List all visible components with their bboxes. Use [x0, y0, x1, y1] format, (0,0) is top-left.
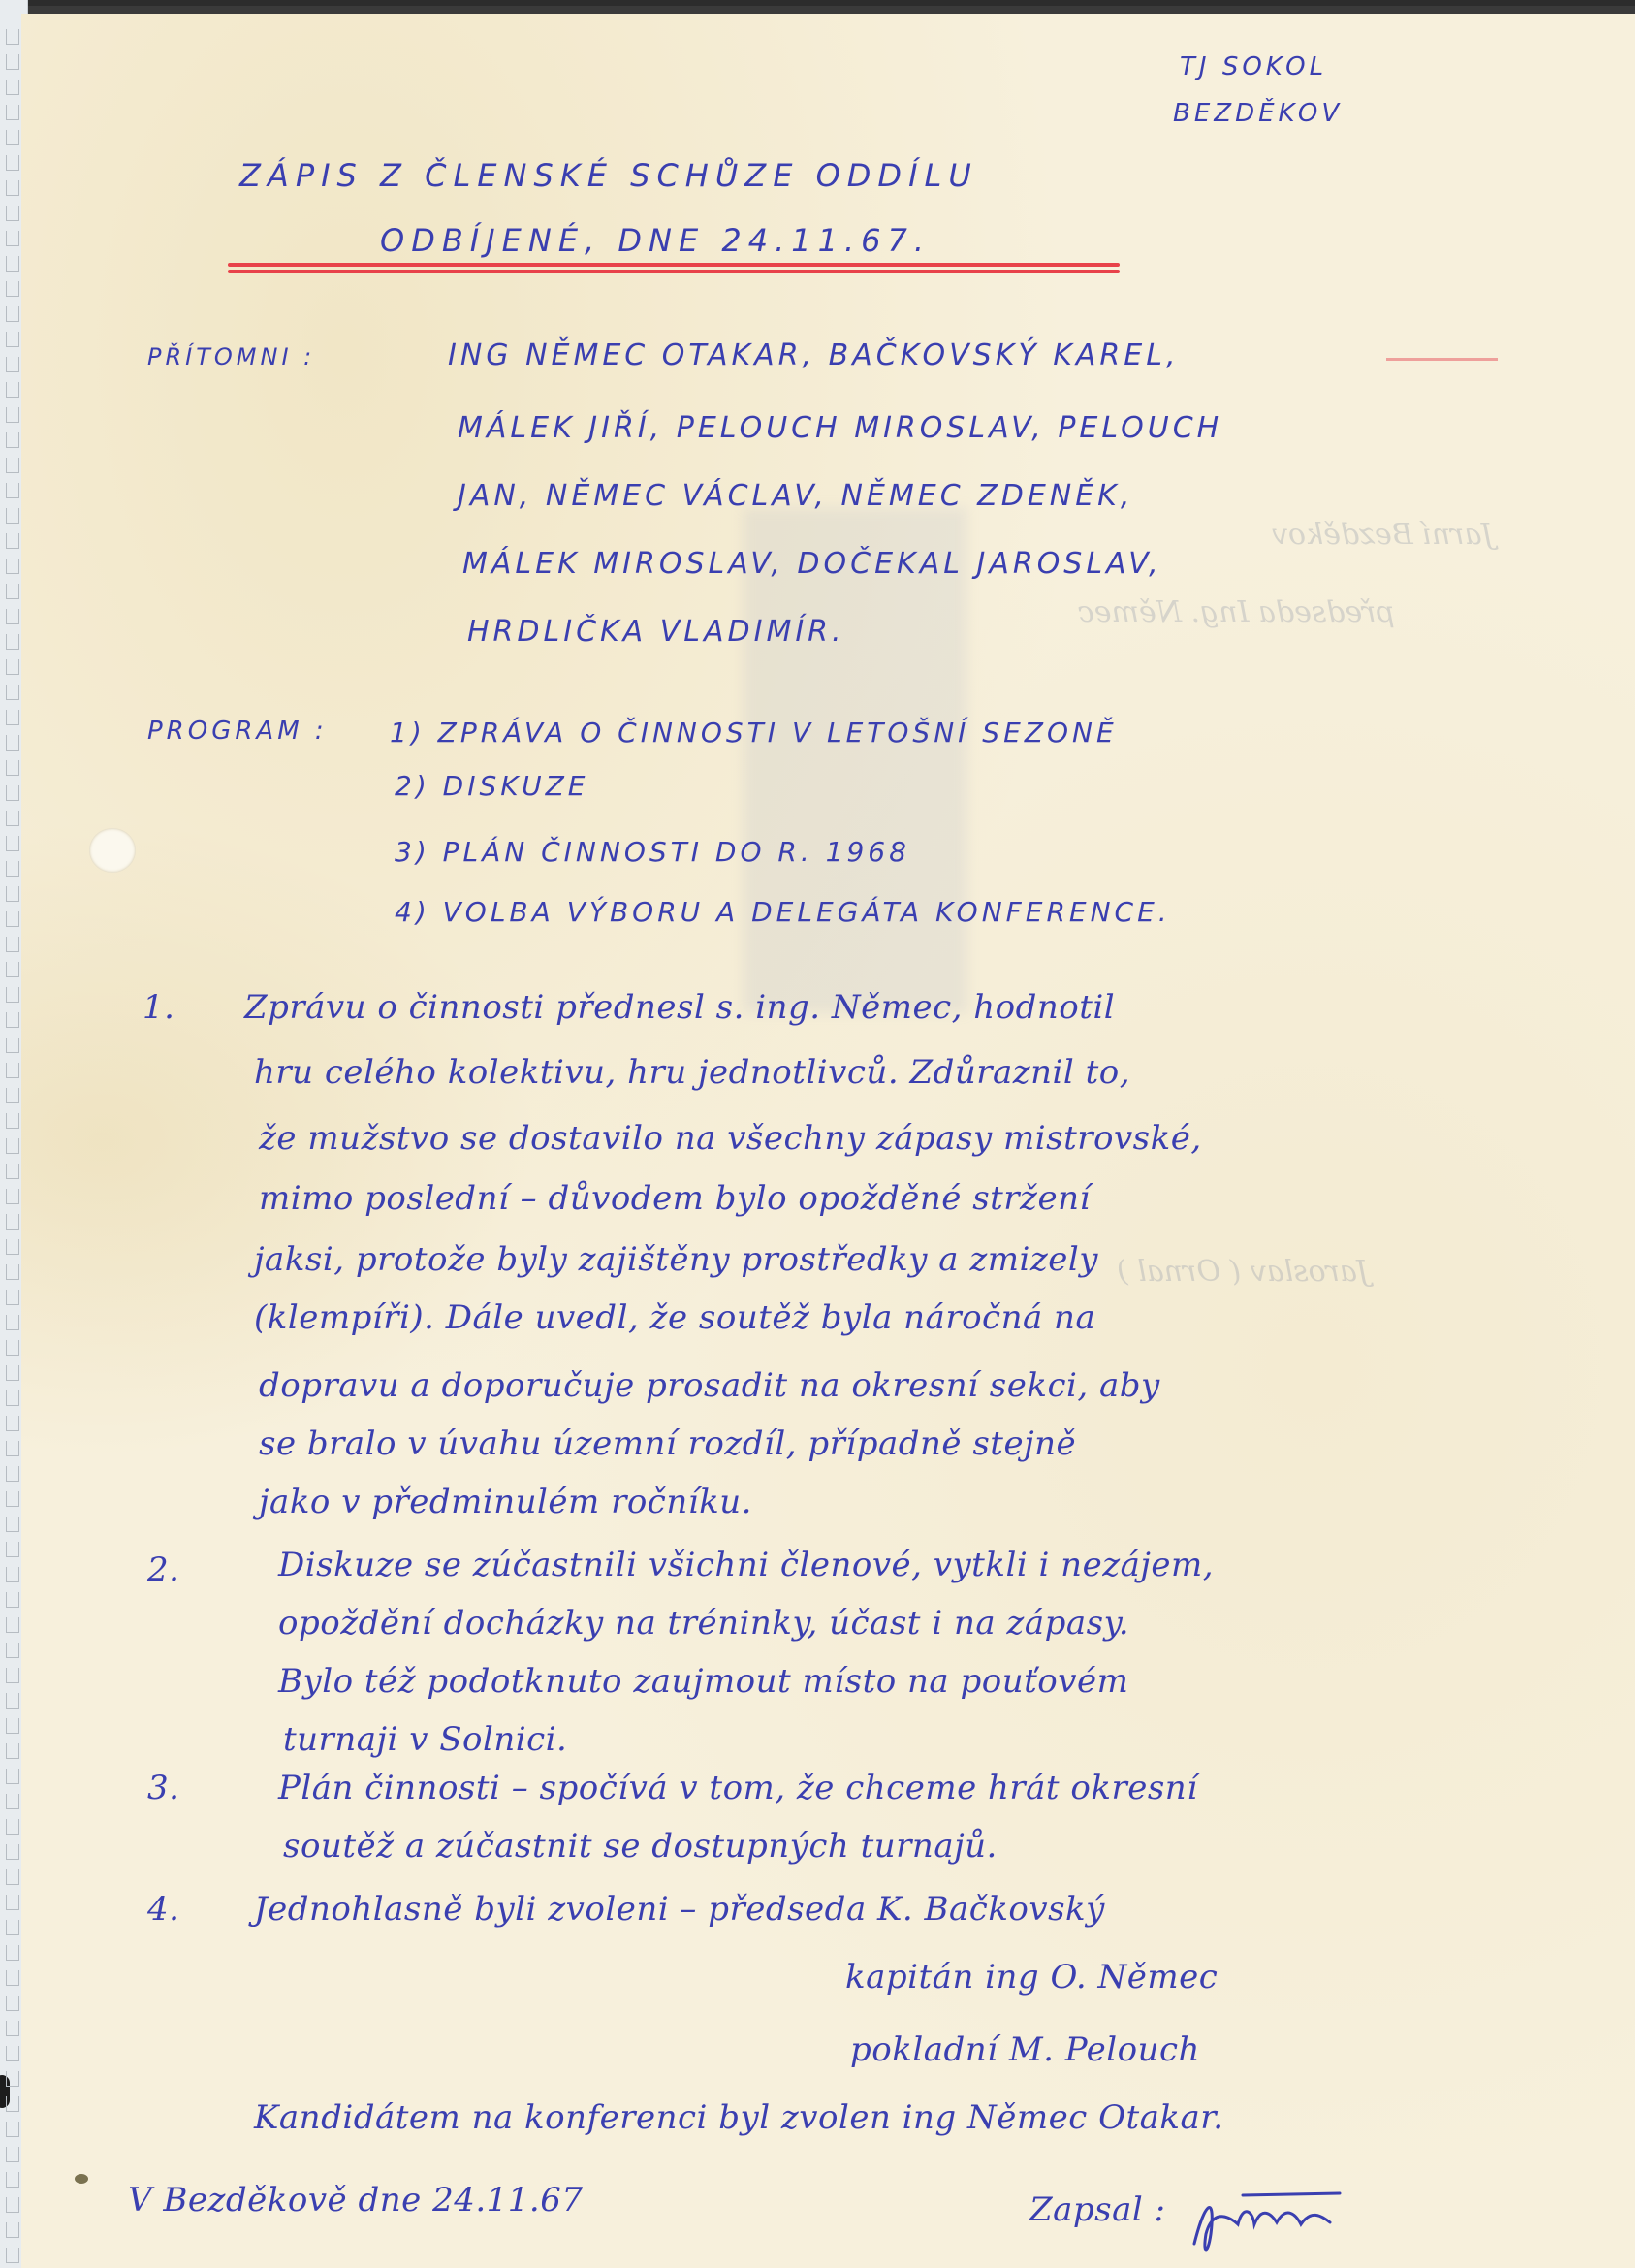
binder-tick [6, 29, 19, 45]
binder-tick [6, 1743, 19, 1759]
paper-stain [75, 2174, 88, 2184]
binder-tick [6, 2248, 19, 2263]
present-line: Jan, Němec Václav, Němec Zdeněk, [458, 479, 1133, 513]
binder-tick [6, 609, 19, 624]
section-number: 3. [147, 1769, 179, 1807]
binder-tick [6, 659, 19, 675]
binder-tick [6, 735, 19, 751]
binder-tick [6, 281, 19, 297]
binder-tick [6, 811, 19, 826]
binder-tick [6, 180, 19, 196]
binder-tick [6, 332, 19, 347]
binder-tick [6, 1390, 19, 1406]
place-date: V Bezděkově dne 24.11.67 [128, 2181, 583, 2220]
binder-tick [6, 1138, 19, 1154]
section-line: mimo poslední – důvodem bylo opožděné st… [259, 1179, 1091, 1218]
binder-tick [6, 2172, 19, 2188]
binder-tick [6, 1819, 19, 1835]
binder-tick [6, 1063, 19, 1078]
binder-tick [6, 306, 19, 322]
binder-tick [6, 861, 19, 877]
recorder-label: Zapsal : [1029, 2190, 1166, 2229]
bleed-through-text: Jarní Bezděkov [1272, 518, 1493, 552]
paper-sheet: Jarní Bezděkov předseda Ing. Němec Jaros… [21, 14, 1635, 2268]
binder-tick [6, 2197, 19, 2213]
binder-tick [6, 2021, 19, 2036]
binder-tick [6, 1996, 19, 2011]
section-line: se bralo v úvahu územní rozdíl, případně… [259, 1424, 1076, 1463]
section-line: dopravu a doporučuje prosadit na okresní… [259, 1366, 1160, 1405]
binder-tick [6, 1441, 19, 1456]
binder-tick [6, 2096, 19, 2112]
binder-tick [6, 886, 19, 902]
section-line: turnaji v Solnici. [283, 1720, 567, 1759]
binder-tick [6, 1290, 19, 1305]
binder-tick [6, 937, 19, 952]
binder-tick [6, 785, 19, 801]
section-line: Jednohlasně byli zvoleni – předseda K. B… [254, 1890, 1105, 1929]
binder-tick [6, 1416, 19, 1431]
binder-tick [6, 105, 19, 120]
binder-tick [6, 1769, 19, 1784]
binder-tick [6, 130, 19, 145]
binder-tick [6, 2122, 19, 2137]
binder-tick [6, 1542, 19, 1557]
scan-margin-right [1635, 0, 1647, 2268]
binder-tick [6, 1315, 19, 1330]
section-line: kapitán ing O. Němec [845, 1958, 1218, 1996]
section-number: 2. [147, 1550, 179, 1589]
binder-tick [6, 1970, 19, 1986]
title-underline-second [228, 270, 1120, 273]
binder-tick [6, 1517, 19, 1532]
program-item: 4) Volba výboru a delegáta konference. [395, 896, 1171, 928]
binder-tick [6, 1113, 19, 1129]
binder-tick [6, 1264, 19, 1280]
binder-tick [6, 1643, 19, 1658]
binder-tick [6, 1239, 19, 1255]
binder-tick [6, 407, 19, 423]
binder-tick [6, 533, 19, 549]
binder-tick [6, 80, 19, 95]
binder-tick [6, 1592, 19, 1608]
binder-tick [6, 1038, 19, 1053]
binder-tick [6, 1214, 19, 1230]
binder-tick [6, 1945, 19, 1961]
section-line: jaksi, protože byly zajištěny prostředky… [254, 1240, 1098, 1279]
binder-tick [6, 1340, 19, 1356]
section-line: opoždění docházky na tréninky, účast i n… [278, 1604, 1129, 1643]
binder-tick [6, 1189, 19, 1204]
section-line: Bylo též podotknuto zaujmout místo na po… [278, 1662, 1128, 1701]
present-label: Přítomni : [147, 343, 315, 370]
binder-tick [6, 584, 19, 599]
binder-tick [6, 458, 19, 473]
title-underline [228, 263, 1120, 267]
binder-tick [6, 206, 19, 221]
binder-tick [6, 962, 19, 977]
section-line: Zprávu o činnosti přednesl s. ing. Němec… [244, 988, 1115, 1027]
binder-tick [6, 2046, 19, 2061]
binder-tick [6, 1668, 19, 1683]
binder-tick [6, 634, 19, 650]
binder-tick [6, 1466, 19, 1482]
section-line: pokladní M. Pelouch [850, 2030, 1200, 2069]
binder-tick [6, 508, 19, 524]
binder-tick [6, 1088, 19, 1103]
binder-tick [6, 911, 19, 927]
binder-tick [6, 155, 19, 171]
binder-tick [6, 1844, 19, 1860]
binder-tick [6, 1718, 19, 1734]
binder-tick [6, 710, 19, 725]
section-line: že mužstvo se dostavilo na všechny zápas… [259, 1119, 1202, 1158]
signature [1185, 2166, 1359, 2263]
binder-tick [6, 1365, 19, 1381]
binder-tick [6, 2071, 19, 2087]
present-line: Málek Miroslav, Dočekal Jaroslav, [462, 547, 1162, 581]
binder-tick [6, 2147, 19, 2162]
document-title-line-1: Zápis z členské schůze oddílu [239, 157, 978, 194]
document-title-line-2: odbíjené, dne 24.11.67. [380, 222, 931, 259]
section-line: Diskuze se zúčastnili všichni členové, v… [278, 1546, 1214, 1584]
present-line: Hrdlička Vladimír. [467, 615, 845, 649]
scanner-top-edge [0, 0, 1647, 6]
binder-tick [6, 256, 19, 272]
binder-tick [6, 1164, 19, 1179]
binder-tick [6, 1693, 19, 1709]
binder-tick [6, 382, 19, 398]
punch-hole [89, 828, 136, 873]
margin-red-mark [1386, 358, 1498, 361]
binder-tick [6, 432, 19, 448]
bleed-through-text: předseda Ing. Němec [1078, 595, 1395, 629]
binder-tick [6, 1869, 19, 1885]
section-number: 4. [147, 1890, 179, 1929]
binder-tick [6, 357, 19, 372]
binder-tick [6, 483, 19, 498]
organization-line-2: Bezděkov [1173, 99, 1343, 128]
binder-tick [6, 1895, 19, 1910]
bleed-through-text: Jaroslav ( Ornal ) [1117, 1255, 1369, 1289]
section-line: hru celého kolektivu, hru jednotlivců. Z… [254, 1053, 1130, 1092]
binder-tick [6, 685, 19, 700]
organization-line-1: TJ Sokol [1180, 52, 1327, 81]
section-line: jako v předminulém ročníku. [259, 1483, 752, 1521]
present-line: ing Němec Otakar, Bačkovský Karel, [448, 338, 1180, 372]
binder-tick [6, 1567, 19, 1582]
section-line: Plán činnosti – spočívá v tom, že chceme… [278, 1769, 1198, 1807]
binder-tick [6, 760, 19, 776]
section-number: 1. [143, 988, 174, 1027]
program-item: 3) Plán činnosti do r. 1968 [395, 836, 910, 868]
binder-tick [6, 2222, 19, 2238]
binder-tick [6, 1794, 19, 1809]
binder-tick [6, 231, 19, 246]
section-line: (klempíři). Dále uvedl, že soutěž byla n… [254, 1298, 1095, 1337]
delegate-line: Kandidátem na konferenci byl zvolen ing … [254, 2098, 1224, 2137]
binder-tick [6, 836, 19, 851]
binder-tick [6, 1012, 19, 1028]
binder-tick [6, 1920, 19, 1935]
program-item: 2) Diskuze [395, 770, 588, 802]
binder-tick [6, 559, 19, 574]
binder-tick [6, 987, 19, 1003]
present-line: Málek Jiří, Pelouch Miroslav, Pelouch [458, 411, 1222, 445]
program-item: 1) Zpráva o činnosti v letošní sezoně [390, 717, 1118, 749]
program-label: Program : [147, 717, 328, 746]
binder-tick [6, 1617, 19, 1633]
binder-tick [6, 54, 19, 70]
section-line: soutěž a zúčastnit se dostupných turnajů… [283, 1827, 998, 1866]
binder-tick [6, 1491, 19, 1507]
